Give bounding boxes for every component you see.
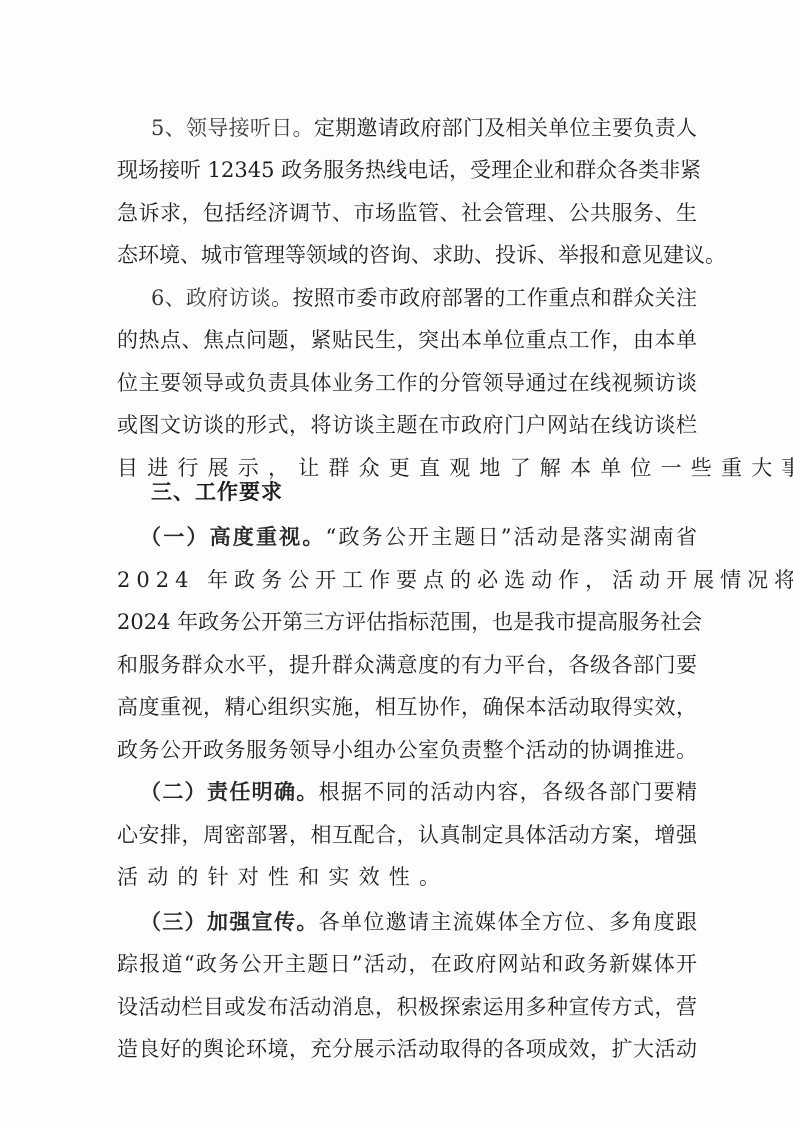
requirement-3-line-2: 踪报道“政务公开主题日”活动，在政府网站和政务新媒体开 — [117, 949, 697, 979]
section-heading: 三、工作要求 — [151, 477, 283, 507]
requirement-1-line-4: 和服务群众水平，提升群众满意度的有力平台，各级各部门要 — [117, 650, 697, 680]
requirement-1-line-5: 高度重视，精心组织实施，相互协作，确保本活动取得实效， — [117, 692, 697, 722]
paragraph-6-line-3: 位主要领导或负责具体业务工作的分管领导通过在线视频访谈 — [117, 368, 697, 398]
paragraph-5-lead: 5、领导接听日。 — [151, 116, 314, 140]
paragraph-text: 根据不同的活动内容，各级各部门要精 — [319, 780, 697, 804]
paragraph-6-line-2: 的热点、焦点问题，紧贴民生，突出本单位重点工作，由本单 — [117, 325, 697, 355]
requirement-1-line-2: 2024 年政务公开工作要点的必选动作，活动开展情况将纳入 — [117, 565, 697, 595]
paragraph-6-line-1: 6、政府访谈。按照市委市政府部署的工作重点和群众关注 — [151, 283, 697, 313]
paragraph-5-line-4: 态环境、城市管理等领域的咨询、求助、投诉、举报和意见建议。 — [117, 240, 697, 270]
paragraph-6-line-4: 或图文访谈的形式，将访谈主题在市政府门户网站在线访谈栏 — [117, 410, 697, 440]
requirement-2-line-2: 心安排，周密部署，相互配合，认真制定具体活动方案，增强 — [117, 820, 697, 850]
requirement-3-lead: （三）加强宣传。 — [140, 909, 319, 934]
requirement-3-line-4: 造良好的舆论环境，充分展示活动取得的各项成效，扩大活动 — [117, 1034, 697, 1064]
requirement-2-line-3: 活动的针对性和实效性。 — [117, 862, 697, 892]
paragraph-5-line-2: 现场接听 12345 政务服务热线电话，受理企业和群众各类非紧 — [117, 155, 697, 185]
paragraph-6-lead: 6、政府访谈。 — [151, 286, 293, 310]
document-page: 5、领导接听日。定期邀请政府部门及相关单位主要负责人 现场接听 12345 政务… — [0, 0, 793, 1121]
requirement-3-line-1: （三）加强宣传。各单位邀请主流媒体全方位、多角度跟 — [140, 907, 697, 937]
paragraph-text: 定期邀请政府部门及相关单位主要负责人 — [314, 116, 697, 140]
paragraph-text: 各单位邀请主流媒体全方位、多角度跟 — [319, 910, 697, 934]
requirement-2-lead: （二）责任明确。 — [140, 779, 319, 804]
paragraph-5-line-1: 5、领导接听日。定期邀请政府部门及相关单位主要负责人 — [151, 113, 697, 143]
requirement-1-lead: （一）高度重视。 — [140, 524, 326, 549]
requirement-1-line-1: （一）高度重视。“政务公开主题日”活动是落实湖南省 — [140, 522, 697, 552]
requirement-2-line-1: （二）责任明确。根据不同的活动内容，各级各部门要精 — [140, 777, 697, 807]
paragraph-5-line-3: 急诉求，包括经济调节、市场监管、社会管理、公共服务、生 — [117, 198, 697, 228]
requirement-1-line-3: 2024 年政务公开第三方评估指标范围，也是我市提高服务社会 — [117, 607, 697, 637]
paragraph-text: “政务公开主题日”活动是落实湖南省 — [326, 525, 697, 549]
paragraph-text: 按照市委市政府部署的工作重点和群众关注 — [293, 286, 698, 310]
requirement-1-line-6: 政务公开政务服务领导小组办公室负责整个活动的协调推进。 — [117, 735, 697, 765]
requirement-3-line-3: 设活动栏目或发布活动消息，积极探索运用多种宣传方式，营 — [117, 992, 697, 1022]
